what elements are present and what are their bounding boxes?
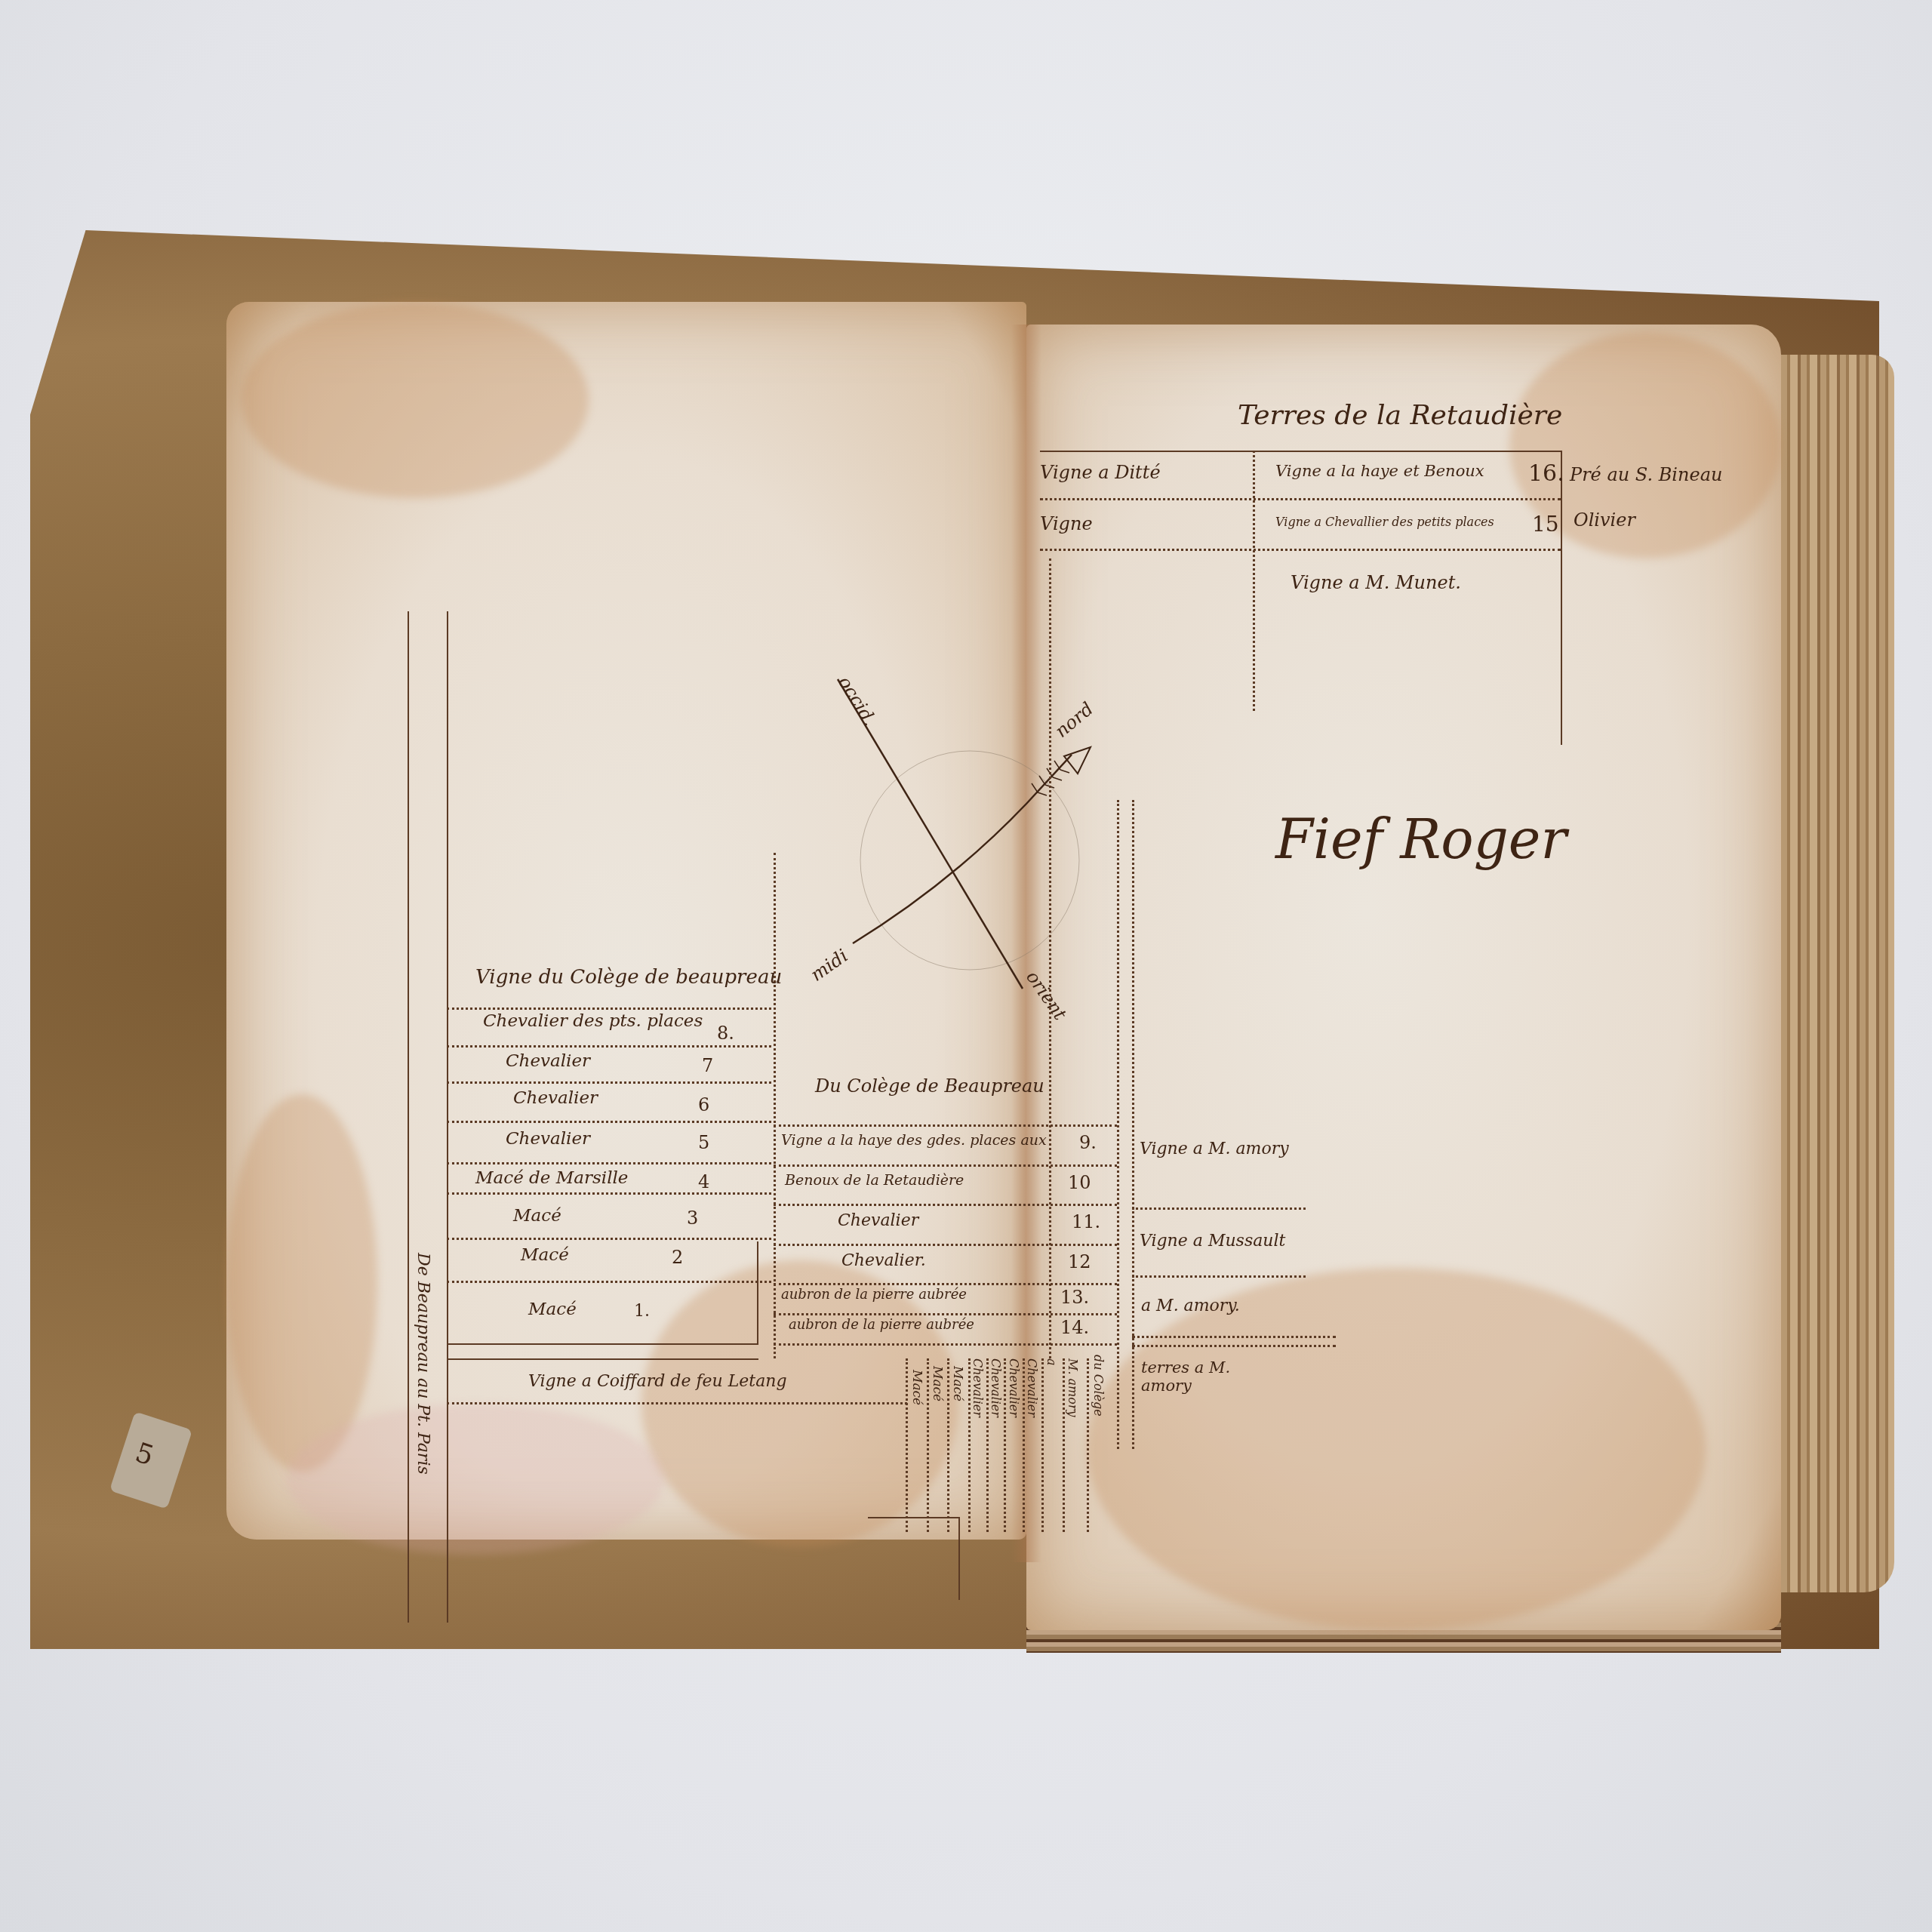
row-divider — [447, 1121, 771, 1123]
list-item: Vigne a M. Munet. — [1291, 572, 1461, 593]
row-divider — [447, 1162, 771, 1164]
list-item: aubron de la pierre aubrée — [781, 1287, 967, 1303]
list-item: Benoux de la Retaudière — [785, 1172, 964, 1189]
table-rule — [447, 1343, 758, 1345]
row-divider — [774, 1124, 1117, 1127]
row-divider — [774, 1164, 1117, 1167]
list-item: aubron de la pierre aubrée — [789, 1317, 974, 1333]
parcel-number: 5 — [698, 1132, 709, 1153]
parcel-number: 9. — [1079, 1132, 1097, 1153]
row-divider — [1040, 498, 1561, 500]
table-rule — [757, 1241, 758, 1343]
row-divider — [447, 1081, 771, 1084]
list-item: Vigne a Chevallier des petits places — [1275, 515, 1494, 529]
strip-divider — [1041, 1358, 1044, 1532]
strip-divider — [906, 1358, 908, 1532]
strip-divider — [947, 1358, 949, 1532]
list-item: Chevalier. — [841, 1251, 926, 1270]
plan-drawing: De Beaupreau au Pt. Paris Vigne du Colèg… — [0, 0, 1932, 1932]
map-title: Fief Roger — [1275, 808, 1567, 871]
row-divider — [447, 1281, 771, 1283]
parcel-number: 1. — [634, 1302, 650, 1321]
left-table-header: Vigne du Colège de beaupreau — [475, 966, 782, 989]
list-item: Macé — [521, 1245, 569, 1265]
list-item: Chevalier — [506, 1129, 590, 1149]
column-divider — [1253, 451, 1255, 711]
parcel-number: 15 — [1532, 512, 1559, 537]
margin-note: Pré au S. Bineau — [1570, 464, 1722, 485]
parcel-number: 8. — [717, 1023, 734, 1044]
strip-label: Macé — [930, 1366, 945, 1401]
row-divider — [447, 1192, 771, 1195]
row-divider — [774, 1313, 1117, 1315]
strip-label: Macé — [909, 1370, 924, 1405]
strip-divider — [1063, 1358, 1065, 1532]
list-item: Vigne a Mussault — [1140, 1232, 1285, 1251]
strip-divider — [1087, 1358, 1089, 1532]
strip-divider — [1004, 1358, 1006, 1532]
row-divider — [1132, 1207, 1306, 1210]
list-item: Macé — [513, 1206, 561, 1226]
row-divider — [447, 1045, 771, 1048]
list-item: Vigne a M. amory — [1140, 1140, 1289, 1158]
strip-label: Chevalier — [971, 1358, 985, 1417]
list-item: Chevalier des pts. places — [483, 1011, 703, 1031]
column-divider — [1049, 558, 1051, 1358]
strip-label: a — [1044, 1358, 1059, 1366]
row-divider — [1132, 1275, 1306, 1278]
list-item: Vigne a la haye et Benoux — [1275, 462, 1484, 480]
center-table-header: Du Colège de Beaupreau — [815, 1075, 1044, 1097]
list-item: Chevalier — [513, 1088, 598, 1108]
row-divider — [774, 1204, 1117, 1206]
parcel-number: 3 — [687, 1207, 698, 1229]
parcel-number: 12 — [1068, 1251, 1091, 1272]
strip-label: Macé — [950, 1366, 965, 1401]
strip-label: du Colège — [1091, 1355, 1106, 1417]
table-rule — [958, 1517, 960, 1600]
row-divider — [1132, 1336, 1336, 1338]
page-header: Terres de la Retaudière — [1238, 400, 1562, 431]
row-divider — [774, 1343, 1117, 1346]
row-divider — [774, 1283, 1117, 1285]
list-item: a M. amory. — [1141, 1297, 1240, 1315]
parcel-number: 4 — [698, 1171, 709, 1192]
strip-label: M. amory — [1066, 1358, 1080, 1417]
column-divider — [1132, 800, 1134, 1449]
table-rule — [447, 1358, 758, 1360]
row-divider — [1132, 1345, 1336, 1347]
parcel-number: 16. — [1528, 460, 1564, 487]
table-rule — [1040, 451, 1561, 452]
row-divider — [774, 1244, 1117, 1246]
margin-note: Olivier — [1574, 509, 1635, 531]
parcel-number: 14. — [1060, 1317, 1089, 1338]
strip-label: Chevalier — [1025, 1358, 1039, 1417]
row-divider — [1040, 549, 1561, 551]
list-item: Macé de Marsille — [475, 1168, 628, 1188]
list-item: Macé — [528, 1300, 577, 1319]
strip-label: Chevalier — [989, 1358, 1003, 1417]
list-item: Chevalier — [838, 1211, 918, 1230]
table-rule — [1561, 451, 1562, 745]
table-rule — [868, 1517, 958, 1518]
strip-divider — [927, 1358, 929, 1532]
parcel-number: 7 — [702, 1055, 713, 1076]
row-divider — [447, 1008, 771, 1010]
list-item: Vigne a Ditté — [1040, 462, 1161, 483]
margin-rule — [447, 611, 448, 1623]
margin-rule — [408, 611, 409, 1623]
parcel-number: 2 — [672, 1247, 683, 1268]
bottom-row-label: Vigne a Coiffard de feu Letang — [528, 1372, 787, 1391]
row-divider — [447, 1238, 771, 1240]
vertical-margin-label: De Beaupreau au Pt. Paris — [414, 1253, 432, 1475]
list-item: Chevalier — [506, 1051, 590, 1071]
list-item: Vigne — [1040, 513, 1093, 534]
row-divider — [447, 1402, 907, 1404]
list-item: terres a M. amory — [1141, 1358, 1254, 1395]
parcel-number: 11. — [1072, 1211, 1100, 1232]
strip-label: Chevalier — [1007, 1358, 1021, 1417]
parcel-number: 6 — [698, 1094, 709, 1115]
parcel-number: 13. — [1060, 1287, 1089, 1308]
parcel-number: 10 — [1068, 1172, 1091, 1193]
list-item: Vigne a la haye des gdes. places aux — [781, 1132, 1047, 1149]
